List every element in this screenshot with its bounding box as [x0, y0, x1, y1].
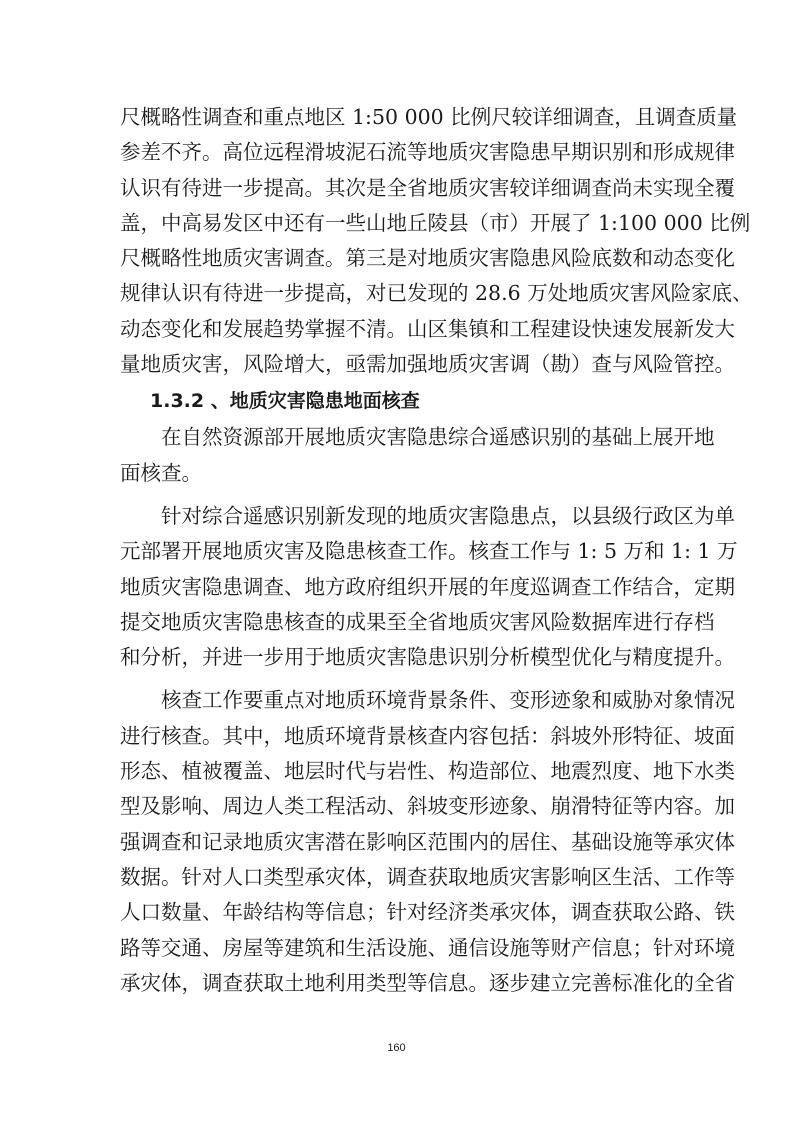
- text-line: 认识有待进一步提高。其次是全省地质灾害较详细调查尚未实现全覆: [120, 171, 682, 206]
- text-line: 核查工作要重点对地质环境背景条件、变形迹象和威胁对象情况: [120, 683, 682, 718]
- text-line: 动态变化和发展趋势掌握不清。山区集镇和工程建设快速发展新发大: [120, 312, 682, 347]
- text-line: 在自然资源部开展地质灾害隐患综合遥感识别的基础上展开地: [120, 420, 682, 455]
- text-line: 形态、植被覆盖、地层时代与岩性、构造部位、地震烈度、地下水类: [120, 754, 682, 789]
- intro-paragraph: 尺概略性调查和重点地区 1:50 000 比例尺较详细调查，且调查质量 参差不齐…: [120, 100, 682, 382]
- section-heading: 1.3.2 、地质灾害隐患地面核查: [120, 382, 682, 420]
- paragraph-gap: [120, 491, 682, 499]
- paragraph-3: 核查工作要重点对地质环境背景条件、变形迹象和威胁对象情况 进行核查。其中，地质环…: [120, 683, 682, 1001]
- page-number: 160: [0, 1042, 793, 1054]
- text-line: 针对综合遥感识别新发现的地质灾害隐患点，以县级行政区为单: [120, 499, 682, 534]
- text-line: 元部署开展地质灾害及隐患核查工作。核查工作与 1: 5 万和 1: 1 万: [120, 534, 682, 569]
- paragraph-gap: [120, 675, 682, 683]
- text-line: 尺概略性地质灾害调查。第三是对地质灾害隐患风险底数和动态变化: [120, 241, 682, 276]
- text-line: 提交地质灾害隐患核查的成果至全省地质灾害风险数据库进行存档: [120, 605, 682, 640]
- text-line: 进行核查。其中，地质环境背景核查内容包括：斜坡外形特征、坡面: [120, 719, 682, 754]
- text-line: 数据。针对人口类型承灾体，调查获取地质灾害影响区生活、工作等: [120, 860, 682, 895]
- text-line: 和分析，并进一步用于地质灾害隐患识别分析模型优化与精度提升。: [120, 640, 682, 675]
- text-line: 人口数量、年龄结构等信息；针对经济类承灾体，调查获取公路、铁: [120, 895, 682, 930]
- text-line: 量地质灾害，风险增大，亟需加强地质灾害调（勘）查与风险管控。: [120, 347, 682, 382]
- text-line: 规律认识有待进一步提高，对已发现的 28.6 万处地质灾害风险家底、: [120, 276, 682, 311]
- text-line: 地质灾害隐患调查、地方政府组织开展的年度巡调查工作结合，定期: [120, 570, 682, 605]
- text-line: 承灾体，调查获取土地利用类型等信息。逐步建立完善标准化的全省: [120, 966, 682, 1001]
- text-line: 盖，中高易发区中还有一些山地丘陵县（市）开展了 1:100 000 比例: [120, 206, 682, 241]
- document-page: 尺概略性调查和重点地区 1:50 000 比例尺较详细调查，且调查质量 参差不齐…: [120, 100, 682, 1001]
- text-line: 面核查。: [120, 456, 682, 491]
- text-line: 强调查和记录地质灾害潜在影响区范围内的居住、基础设施等承灾体: [120, 825, 682, 860]
- text-line: 型及影响、周边人类工程活动、斜坡变形迹象、崩滑特征等内容。加: [120, 789, 682, 824]
- paragraph-2: 针对综合遥感识别新发现的地质灾害隐患点，以县级行政区为单 元部署开展地质灾害及隐…: [120, 499, 682, 675]
- text-line: 参差不齐。高位远程滑坡泥石流等地质灾害隐患早期识别和形成规律: [120, 135, 682, 170]
- text-line: 路等交通、房屋等建筑和生活设施、通信设施等财产信息；针对环境: [120, 931, 682, 966]
- text-line: 尺概略性调查和重点地区 1:50 000 比例尺较详细调查，且调查质量: [120, 100, 682, 135]
- paragraph-1: 在自然资源部开展地质灾害隐患综合遥感识别的基础上展开地 面核查。: [120, 420, 682, 491]
